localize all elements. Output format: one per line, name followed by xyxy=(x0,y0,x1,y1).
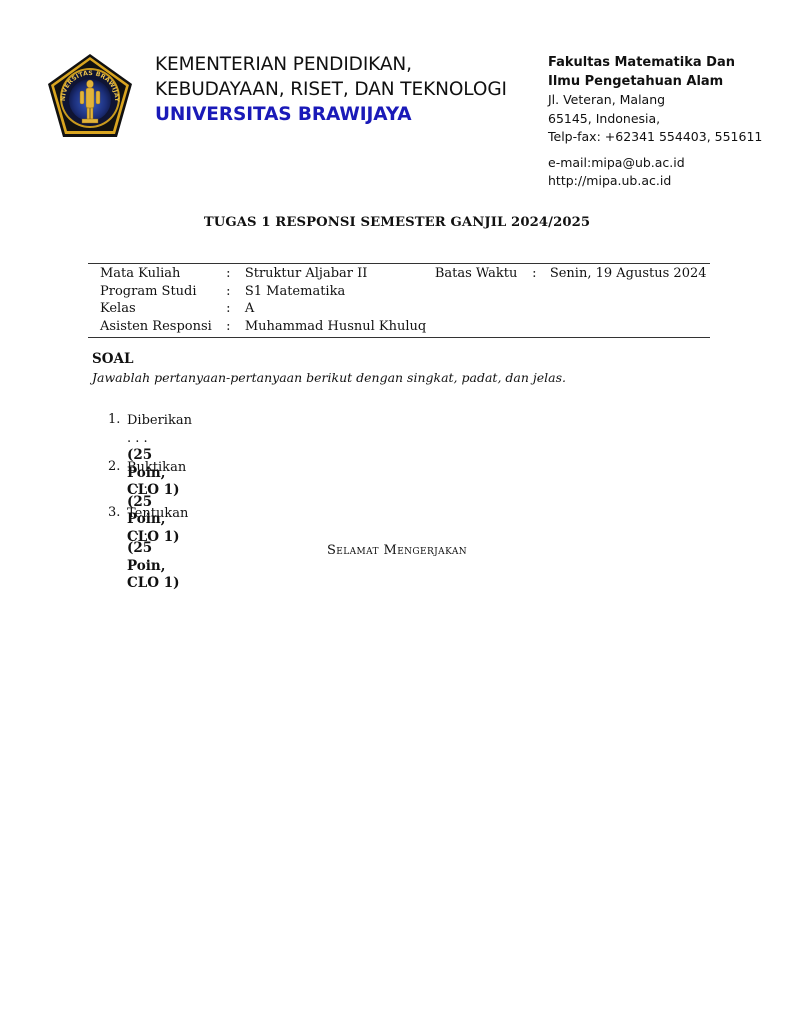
university-name: UNIVERSITAS BRAWIJAYA xyxy=(155,102,507,127)
address-line-1: Jl. Veteran, Malang xyxy=(548,91,762,110)
faculty-name-line-2: Ilmu Pengetahuan Alam xyxy=(548,73,762,92)
question-number: 3. xyxy=(108,505,120,520)
info-separator: : xyxy=(212,300,245,318)
email-link[interactable]: e-mail:mipa@ub.ac.id xyxy=(548,154,762,173)
deadline-separator: : xyxy=(519,265,550,283)
question-text: Diberikan . . . xyxy=(127,412,192,447)
question-number: 2. xyxy=(108,459,120,474)
section-instruction: Jawablah pertanyaan-pertanyaan berikut d… xyxy=(92,370,566,385)
info-label: Asisten Responsi xyxy=(88,318,212,336)
info-row-class: Kelas : A xyxy=(88,300,707,318)
address-line-2: 65145, Indonesia, xyxy=(548,110,762,129)
info-value: Struktur Aljabar II xyxy=(245,265,435,283)
info-value: A xyxy=(245,300,435,318)
info-label: Kelas xyxy=(88,300,212,318)
ministry-line-1: KEMENTERIAN PENDIDIKAN, xyxy=(155,52,507,77)
institution-block: KEMENTERIAN PENDIDIKAN, KEBUDAYAAN, RISE… xyxy=(155,52,507,127)
info-separator: : xyxy=(212,318,245,336)
info-separator: : xyxy=(212,265,245,283)
info-label: Mata Kuliah xyxy=(88,265,212,283)
course-info-table: Mata Kuliah : Struktur Aljabar II Batas … xyxy=(88,263,710,338)
question-text: Tentukan . . . xyxy=(127,505,188,540)
phone: Telp-fax: +62341 554403, 551611 xyxy=(548,128,762,147)
website-link[interactable]: http://mipa.ub.ac.id xyxy=(548,172,762,191)
info-label: Program Studi xyxy=(88,283,212,301)
faculty-name-line-1: Fakultas Matematika Dan xyxy=(548,54,762,73)
document-title: TUGAS 1 RESPONSI SEMESTER GANJIL 2024/20… xyxy=(0,215,794,230)
university-logo-icon: UNIVERSITAS BRAWIJAYA xyxy=(46,53,134,139)
deadline-value: Senin, 19 Agustus 2024 xyxy=(550,265,707,283)
info-value: S1 Matematika xyxy=(245,283,435,301)
question-text: Buktikan . . . xyxy=(127,459,186,494)
deadline-label: Batas Waktu xyxy=(435,265,519,283)
faculty-contact-block: Fakultas Matematika Dan Ilmu Pengetahuan… xyxy=(548,54,762,191)
info-row-program: Program Studi : S1 Matematika xyxy=(88,283,707,301)
info-row-assistant: Asisten Responsi : Muhammad Husnul Khulu… xyxy=(88,318,707,336)
info-row-course: Mata Kuliah : Struktur Aljabar II Batas … xyxy=(88,265,707,283)
info-value: Muhammad Husnul Khuluq xyxy=(245,318,435,336)
info-separator: : xyxy=(212,283,245,301)
closing-message: Selamat Mengerjakan xyxy=(0,543,794,558)
section-heading: SOAL xyxy=(92,351,133,367)
ministry-line-2: KEBUDAYAAN, RISET, DAN TEKNOLOGI xyxy=(155,77,507,102)
question-number: 1. xyxy=(108,412,120,427)
